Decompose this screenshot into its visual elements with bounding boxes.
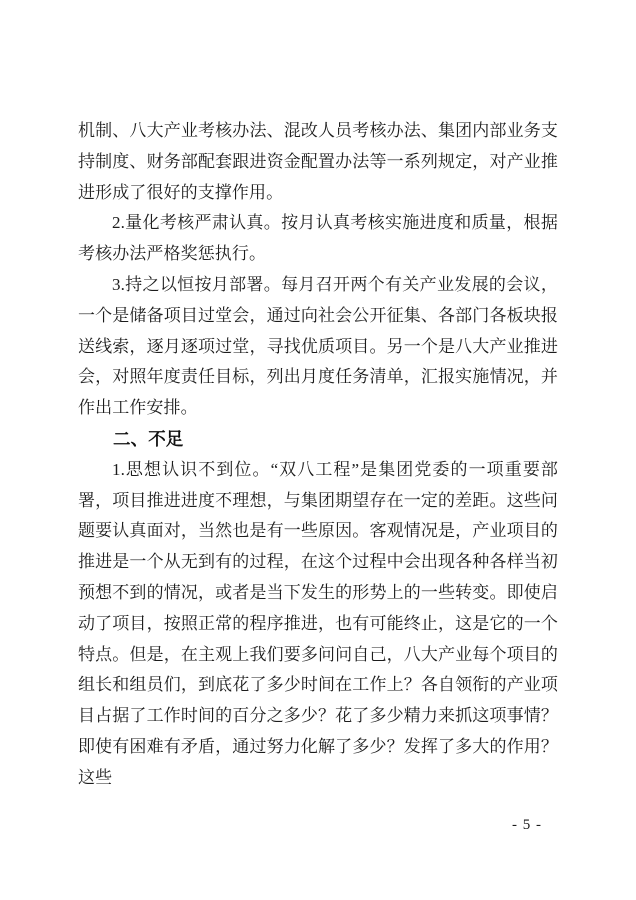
paragraph-item-3: 3.持之以恒按月部署。每月召开两个有关产业发展的会议，一个是储备项目过堂会，通过…	[78, 270, 558, 424]
paragraph-item-1-lead: 1.思想认识不到位。	[112, 460, 271, 479]
section-heading-deficiencies: 二、不足	[78, 424, 558, 455]
paragraph-item-3-text: 每月召开两个有关产业发展的会议，一个是储备项目过堂会，通过向社会公开征集、各部门…	[78, 275, 558, 417]
paragraph-item-2-lead: 2.量化考核严肃认真。	[112, 213, 281, 232]
paragraph-continued: 机制、八大产业考核办法、混改人员考核办法、集团内部业务支持制度、财务部配套跟进资…	[78, 116, 558, 208]
paragraph-item-2: 2.量化考核严肃认真。按月认真考核实施进度和质量，根据考核办法严格奖惩执行。	[78, 208, 558, 270]
document-text-block: 机制、八大产业考核办法、混改人员考核办法、集团内部业务支持制度、财务部配套跟进资…	[78, 116, 558, 794]
document-page: 机制、八大产业考核办法、混改人员考核办法、集团内部业务支持制度、财务部配套跟进资…	[0, 0, 636, 900]
page-number: - 5 -	[512, 817, 542, 834]
paragraph-item-3-lead: 3.持之以恒按月部署。	[112, 275, 281, 294]
paragraph-item-1: 1.思想认识不到位。“双八工程”是集团党委的一项重要部署，项目推进进度不理想，与…	[78, 455, 558, 794]
paragraph-item-1-text: “双八工程”是集团党委的一项重要部署，项目推进进度不理想，与集团期望存在一定的差…	[78, 460, 558, 787]
